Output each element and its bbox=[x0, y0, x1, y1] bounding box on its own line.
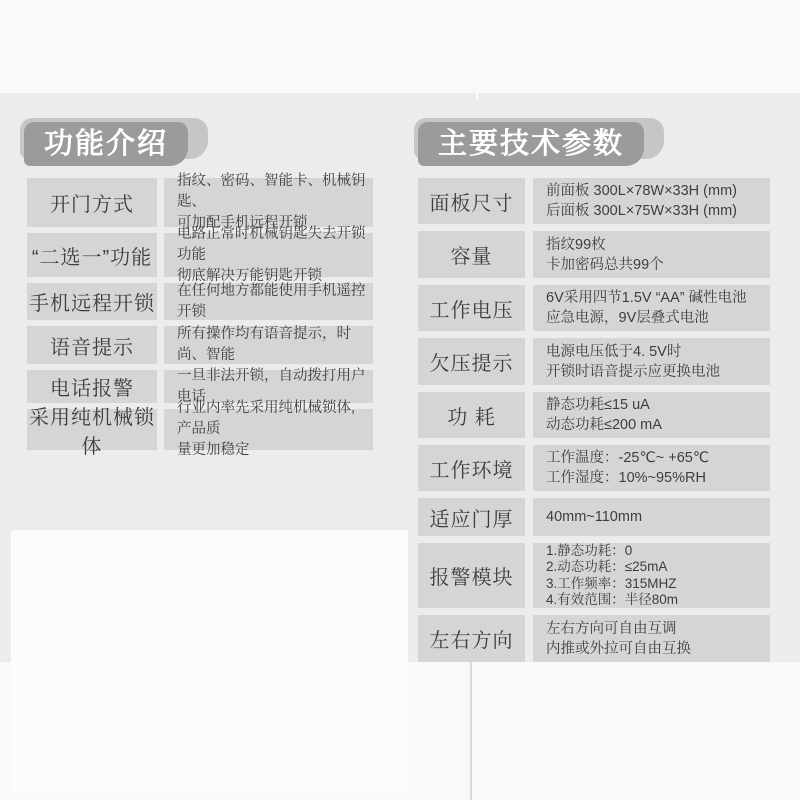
table-row: 功 耗 静态功耗≤15 uA动态功耗≤200 mA bbox=[418, 392, 770, 438]
row-content: 工作温度：-25℃~ +65℃工作湿度：10%~95%RH bbox=[533, 445, 770, 491]
features-header-badge: 功能介绍 bbox=[24, 122, 188, 166]
content-line: 2.动态功耗：≤25mA bbox=[546, 559, 766, 576]
row-content: 40mm~110mm bbox=[533, 498, 770, 536]
row-content: 左右方向可自由互调内推或外拉可自由互换 bbox=[533, 615, 770, 662]
table-row: 面板尺寸 前面板 300L×78W×33H (mm)后面板 300L×75W×3… bbox=[418, 178, 770, 224]
row-label: 电话报警 bbox=[27, 370, 157, 403]
content-line: 电源电压低于4. 5V时 bbox=[546, 342, 766, 362]
content-line: 行业内率先采用纯机械锁体, 产品质 bbox=[177, 398, 369, 440]
table-row: “二选一”功能 电路正常时机械钥匙失去开锁功能彻底解决万能钥匙开锁 bbox=[27, 233, 373, 277]
row-label: 欠压提示 bbox=[418, 338, 525, 385]
tech-specs-header-badge: 主要技术参数 bbox=[418, 122, 644, 166]
row-content: 指纹99枚卡加密码总共99个 bbox=[533, 231, 770, 278]
content-line: 40mm~110mm bbox=[546, 507, 766, 527]
row-label: 采用纯机械锁体 bbox=[27, 409, 157, 450]
row-label: 手机远程开锁 bbox=[27, 283, 157, 320]
features-panel: 功能介绍 开门方式 指纹、密码、智能卡、机械钥匙、可加配手机远程开锁 “二选一”… bbox=[24, 122, 373, 450]
row-label: “二选一”功能 bbox=[27, 233, 157, 277]
table-row: 欠压提示 电源电压低于4. 5V时开锁时语音提示应更换电池 bbox=[418, 338, 770, 385]
content-line: 1.静态功耗：0 bbox=[546, 543, 766, 560]
row-content: 所有操作均有语音提示，时尚、智能 bbox=[164, 326, 373, 364]
content-line: 卡加密码总共99个 bbox=[546, 255, 766, 275]
row-content: 行业内率先采用纯机械锁体, 产品质量更加稳定 bbox=[164, 409, 373, 450]
content-line: 前面板 300L×78W×33H (mm) bbox=[546, 181, 766, 201]
row-content: 6V采用四节1.5V “AA” 碱性电池应急电源，9V层叠式电池 bbox=[533, 285, 770, 331]
features-title: 功能介绍 bbox=[24, 122, 188, 166]
table-row: 工作环境 工作温度：-25℃~ +65℃工作湿度：10%~95%RH bbox=[418, 445, 770, 491]
table-row: 报警模块 1.静态功耗：02.动态功耗：≤25mA3.工作频率：315MHZ4.… bbox=[418, 543, 770, 608]
row-label: 适应门厚 bbox=[418, 498, 525, 536]
top-seam-tick bbox=[476, 87, 478, 100]
row-content: 静态功耗≤15 uA动态功耗≤200 mA bbox=[533, 392, 770, 438]
row-label: 工作环境 bbox=[418, 445, 525, 491]
row-content: 指纹、密码、智能卡、机械钥匙、可加配手机远程开锁 bbox=[164, 178, 373, 227]
content-line: 在任何地方都能使用手机遥控开锁 bbox=[177, 281, 369, 323]
row-content: 电路正常时机械钥匙失去开锁功能彻底解决万能钥匙开锁 bbox=[164, 233, 373, 277]
tech-specs-panel: 主要技术参数 面板尺寸 前面板 300L×78W×33H (mm)后面板 300… bbox=[418, 122, 770, 662]
row-content: 电源电压低于4. 5V时开锁时语音提示应更换电池 bbox=[533, 338, 770, 385]
content-line: 内推或外拉可自由互换 bbox=[546, 639, 766, 659]
row-label: 语音提示 bbox=[27, 326, 157, 364]
content-line: 后面板 300L×75W×33H (mm) bbox=[546, 201, 766, 221]
content-line: 左右方向可自由互调 bbox=[546, 619, 766, 639]
row-label: 工作电压 bbox=[418, 285, 525, 331]
content-line: 开锁时语音提示应更换电池 bbox=[546, 362, 766, 382]
content-line: 所有操作均有语音提示，时尚、智能 bbox=[177, 324, 369, 366]
row-label: 容量 bbox=[418, 231, 525, 278]
row-content: 前面板 300L×78W×33H (mm)后面板 300L×75W×33H (m… bbox=[533, 178, 770, 224]
table-row: 手机远程开锁 在任何地方都能使用手机遥控开锁 bbox=[27, 283, 373, 320]
table-row: 采用纯机械锁体 行业内率先采用纯机械锁体, 产品质量更加稳定 bbox=[27, 409, 373, 450]
row-content: 1.静态功耗：02.动态功耗：≤25mA3.工作频率：315MHZ4.有效范围：… bbox=[533, 543, 770, 608]
content-line: 静态功耗≤15 uA bbox=[546, 395, 766, 415]
content-line: 4.有效范围：半径80m bbox=[546, 592, 766, 609]
row-label: 功 耗 bbox=[418, 392, 525, 438]
content-line: 动态功耗≤200 mA bbox=[546, 415, 766, 435]
content-line: 电路正常时机械钥匙失去开锁功能 bbox=[177, 224, 369, 266]
content-line: 指纹、密码、智能卡、机械钥匙、 bbox=[177, 171, 369, 213]
content-line: 3.工作频率：315MHZ bbox=[546, 576, 766, 593]
row-label: 左右方向 bbox=[418, 615, 525, 662]
content-line: 指纹99枚 bbox=[546, 235, 766, 255]
row-label: 面板尺寸 bbox=[418, 178, 525, 224]
content-line: 应急电源，9V层叠式电池 bbox=[546, 308, 766, 328]
row-content: 在任何地方都能使用手机遥控开锁 bbox=[164, 283, 373, 320]
table-row: 容量 指纹99枚卡加密码总共99个 bbox=[418, 231, 770, 278]
content-line: 工作湿度：10%~95%RH bbox=[546, 468, 766, 488]
table-row: 适应门厚 40mm~110mm bbox=[418, 498, 770, 536]
row-label: 开门方式 bbox=[27, 178, 157, 227]
tech-specs-title: 主要技术参数 bbox=[418, 122, 644, 166]
content-line: 6V采用四节1.5V “AA” 碱性电池 bbox=[546, 288, 766, 308]
bottom-seam-line bbox=[470, 662, 472, 800]
table-row: 左右方向 左右方向可自由互调内推或外拉可自由互换 bbox=[418, 615, 770, 662]
content-line: 量更加稳定 bbox=[177, 440, 369, 461]
table-row: 工作电压 6V采用四节1.5V “AA” 碱性电池应急电源，9V层叠式电池 bbox=[418, 285, 770, 331]
features-table: 开门方式 指纹、密码、智能卡、机械钥匙、可加配手机远程开锁 “二选一”功能 电路… bbox=[27, 178, 373, 450]
tech-specs-table: 面板尺寸 前面板 300L×78W×33H (mm)后面板 300L×75W×3… bbox=[418, 178, 770, 662]
content-line: 工作温度：-25℃~ +65℃ bbox=[546, 448, 766, 468]
table-row: 语音提示 所有操作均有语音提示，时尚、智能 bbox=[27, 326, 373, 364]
row-label: 报警模块 bbox=[418, 543, 525, 608]
bottom-left-white-card bbox=[11, 530, 408, 792]
table-row: 开门方式 指纹、密码、智能卡、机械钥匙、可加配手机远程开锁 bbox=[27, 178, 373, 227]
